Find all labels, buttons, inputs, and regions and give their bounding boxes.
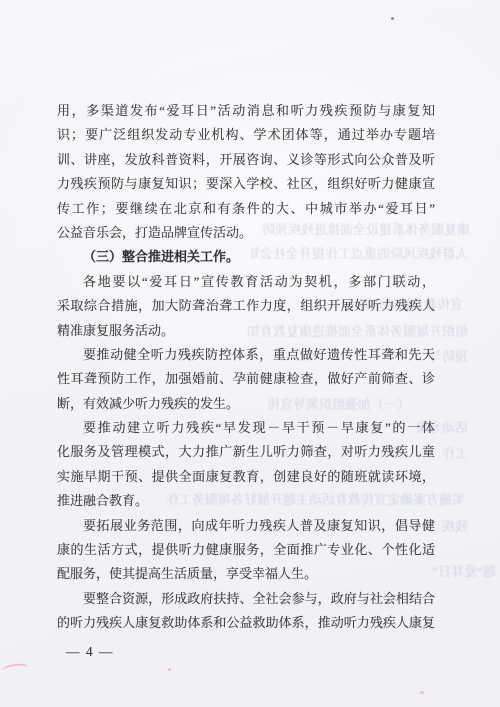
ink-speck [391,17,394,20]
pink-speck [168,668,171,671]
text-line: 识；要广泛组织发动专业机构、学术团体等，通过举办专题培 [57,123,435,147]
document-page: 用，多渠道发布“爱耳日”活动消息和听力残疾预防与康复知识；要广泛组织发动专业机构… [0,0,500,707]
pink-speck [420,691,424,694]
bleedthrough-text: 工作 [436,446,468,461]
document-text-block: 用，多渠道发布“爱耳日”活动消息和听力残疾预防与康复知识；要广泛组织发动专业机构… [57,99,435,636]
text-line: 实施早期干预、提供全面康复教育，创建良好的随班就读环境， [57,465,435,489]
text-line: 用，多渠道发布“爱耳日”活动消息和听力残疾预防与康复知 [57,99,435,123]
text-line: 训、讲座，发放科普资料，开展咨询、义诊等形式向公众普及听 [57,148,435,172]
section-heading-line: （三）整合推进相关工作。 [57,245,435,269]
text-line: 公益音乐会，打造品牌宣传活动。 [57,221,435,245]
text-line: 要推动健全听力残疾防控体系，重点做好遗传性耳聋和先天 [57,343,435,367]
text-line: 的听力残疾人康复救助体系和公益救助体系，推动听力残疾人康复 [57,611,435,635]
text-line: 采取综合措施，加大防聋治聋工作力度，组织开展好听力残疾人 [57,294,435,318]
text-line: 配服务，使其提高生活质量，享受幸福人生。 [57,562,435,586]
text-line: 要拓展业务范围，向成年听力残疾人普及康复知识，倡导健 [57,514,435,538]
text-line: 断，有效减少听力残疾的发生。 [57,392,435,416]
text-line: 各地要以“爱耳日”宣传教育活动为契机，多部门联动， [57,270,435,294]
text-line: 推进融合教育。 [57,489,435,513]
text-line: 康的生活方式，提供听力健康服务，全面推广专业化、个性化适 [57,538,435,562]
text-line: 性耳聋预防工作，加强婚前、孕前健康检查，做好产前筛查、诊 [57,367,435,391]
page-number: — 4 — [66,644,114,660]
pink-scan-mark [1,662,28,676]
bleedthrough-text: 残疾 [436,519,468,534]
text-line: 精准康复服务活动。 [57,319,435,343]
text-line: 要推动建立听力残疾“早发现－早干预－早康复”的一体 [57,416,435,440]
text-line: 传工作；要继续在北京和有条件的大、中城市举办“爱耳日” [57,197,435,221]
text-line: 力残疾预防与康复知识；要深入学校、社区，组织好听力健康宣 [57,172,435,196]
text-line: 要整合资源，形成政府扶持、全社会参与，政府与社会相结合 [57,587,435,611]
text-line: 化服务及管理模式，大力推广新生儿听力筛查，对听力残疾儿童 [57,440,435,464]
